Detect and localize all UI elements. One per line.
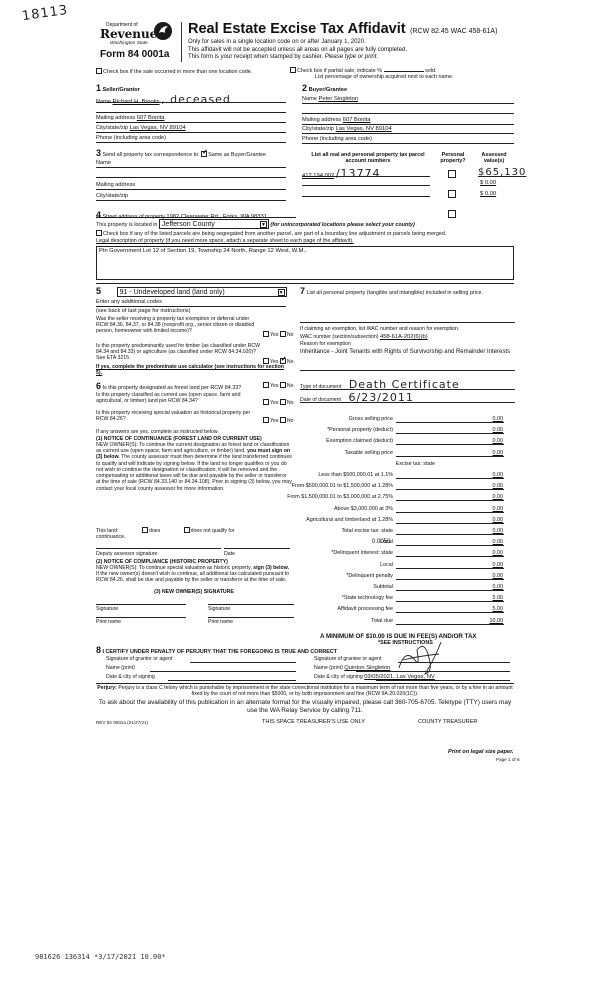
- document-date-field[interactable]: Date of document 6/23/2011: [300, 391, 515, 403]
- tax-row: Agricultural and timberland at 1.28%0.00: [300, 517, 505, 525]
- correspondence-city-field[interactable]: City/state/zip: [96, 193, 286, 201]
- current-use-no-checkbox[interactable]: [280, 399, 286, 405]
- tax-row-line: [396, 534, 504, 535]
- tax-row-value[interactable]: 0.00: [493, 483, 504, 489]
- personal-property-checkbox[interactable]: [448, 170, 456, 178]
- multi-location-checkbox[interactable]: [96, 68, 102, 74]
- correspondence-name-field[interactable]: Name: [96, 160, 286, 168]
- land-use-select[interactable]: 91 - Undeveloped land (land only) ▼: [117, 287, 287, 297]
- local-rate: 0.0050: [372, 539, 390, 546]
- footer-divider: [96, 683, 514, 684]
- forest-land-question: 6 Is this property designated as forest …: [96, 381, 241, 392]
- certify-statement: 8 I CERTIFY UNDER PENALTY OF PERJURY THA…: [96, 645, 337, 656]
- header-note-2: This affidavit will not be accepted unle…: [188, 47, 548, 54]
- form-title-block: Real Estate Excise Tax Affidavit (RCW 82…: [188, 21, 548, 61]
- tax-row-label: Local: [380, 562, 393, 568]
- partial-sale-checkbox[interactable]: [290, 67, 296, 73]
- additional-codes-note: (see back of last page for instructions): [96, 308, 191, 315]
- legal-description-textarea[interactable]: Ptn Government Lot 12 of Section 19, Tow…: [96, 246, 514, 280]
- exemption-reason-line: [300, 370, 515, 371]
- grantor-signature-field[interactable]: Signature of grantor or agent: [106, 656, 172, 662]
- tax-row: Total excise tax: state0.00: [300, 528, 505, 536]
- section-5-number: 5: [96, 286, 101, 296]
- exemption-no-checkbox[interactable]: [280, 331, 286, 337]
- tax-row-value[interactable]: 0.00: [493, 438, 504, 444]
- segregated-checkbox-row[interactable]: Check box if any of the listed parcels a…: [96, 230, 446, 237]
- chevron-down-icon[interactable]: ▼: [260, 221, 267, 228]
- tax-row-line: [396, 579, 504, 580]
- assessed-value[interactable]: $65,130: [478, 167, 526, 179]
- header-note-1: Only for sales in a single location code…: [188, 39, 548, 46]
- tax-row-value[interactable]: 0.00: [493, 550, 504, 556]
- tax-row: From $1,500,000.01 to $3,000,000 at 2.75…: [300, 494, 505, 502]
- tax-row-value[interactable]: 0.00: [493, 450, 504, 456]
- tax-row: Local0.00: [300, 539, 505, 547]
- county-label: This property is located in: [96, 222, 157, 228]
- exemption-reason-value[interactable]: Inheritance - Joint Tenants with Rights …: [300, 348, 515, 357]
- tax-row-label: Taxable selling price: [344, 450, 393, 456]
- forest-yes-no: Yes No: [263, 382, 294, 389]
- correspondence-name-line-2[interactable]: [96, 177, 286, 178]
- same-as-buyer-label: Same as Buyer/Grantee: [208, 152, 266, 158]
- tax-row-label: Excise tax: state: [396, 461, 435, 467]
- additional-codes-field[interactable]: Enter any additional codes: [96, 299, 286, 307]
- grantor-date-line[interactable]: [168, 680, 296, 681]
- tax-row: *State technology fee5.00: [300, 595, 505, 603]
- new-owner-print-1[interactable]: [96, 617, 186, 618]
- tax-row-label: Total due: [371, 618, 393, 624]
- seller-city-value: Las Vegas, NV 89104: [130, 125, 186, 131]
- tax-row-line: [396, 478, 504, 479]
- section-2-title: Buyer/Grantee: [309, 87, 348, 93]
- section-1-number: 1: [96, 83, 101, 93]
- revenue-swirl-icon: [153, 20, 173, 42]
- print-name-label-1: Print name: [96, 619, 121, 625]
- notice-1-body: NEW OWNER(S): To continue the current de…: [96, 442, 292, 492]
- tax-row-line: [396, 444, 504, 445]
- new-owner-signature-2[interactable]: [208, 604, 294, 605]
- multi-location-checkbox-row[interactable]: Check box if the sale occurred in more t…: [96, 68, 252, 75]
- tax-row-label: Gross selling price: [349, 416, 393, 422]
- tax-row: Total due10.00: [300, 618, 505, 626]
- grantor-signature-line[interactable]: [190, 662, 296, 663]
- personal-property-checkbox[interactable]: [448, 190, 456, 198]
- tax-row-label: Less than $500,000.01 at 1.1%: [318, 472, 393, 478]
- tax-row-line: [396, 433, 504, 434]
- correspondence-mailing-label: Mailing address: [96, 182, 135, 188]
- wac-value: 458-61A-202(6)(b): [380, 334, 428, 340]
- notice-3-title: (3) NEW OWNER(S) SIGNATURE: [96, 589, 292, 595]
- historic-no-checkbox[interactable]: [280, 417, 286, 423]
- notice-2-body: NEW OWNER(S): To continue special valuat…: [96, 565, 292, 584]
- seller-city-field[interactable]: City/state/zip Las Vegas, NV 89104: [96, 125, 286, 133]
- tax-row: *Delinquent interest: state0.00: [300, 550, 505, 558]
- tax-row-value[interactable]: 0.00: [493, 528, 504, 534]
- form-rcw: (RCW 82.45 WAC 458-61A): [410, 28, 497, 35]
- new-owner-signature-1[interactable]: [96, 604, 186, 605]
- buyer-city-value: Las Vegas, NV 89104: [336, 126, 392, 132]
- tax-row-line: [396, 545, 504, 546]
- exemption-reason-label: Reason for exemption: [300, 341, 351, 347]
- seller-city-label: City/state/zip: [96, 125, 128, 131]
- tax-row-value[interactable]: 5.00: [493, 606, 504, 612]
- deputy-date-label: Date: [224, 551, 235, 557]
- tax-row-line: [396, 601, 504, 602]
- ownership-note: List percentage of ownership acquired ne…: [315, 74, 453, 80]
- tax-row-label: Exemption claimed (deduct): [326, 438, 393, 444]
- county-row: This property is located in Jefferson Co…: [96, 219, 415, 229]
- timber-note: If yes, complete the predominate use cal…: [96, 364, 286, 376]
- tax-row: Affidavit processing fee5.00: [300, 606, 505, 614]
- form-number: Form 84 0001a: [100, 49, 170, 61]
- section-8-number: 8: [96, 645, 101, 655]
- buyer-name-value: Peter Singleton: [318, 96, 358, 102]
- tax-row-label: Total excise tax: state: [341, 528, 393, 534]
- county-treasurer: COUNTY TREASURER: [418, 719, 477, 726]
- correspondence-city-label: City/state/zip: [96, 193, 128, 199]
- tax-row-value[interactable]: 0.00: [493, 517, 504, 523]
- current-use-question: Is this property classified as current u…: [96, 392, 261, 404]
- seller-name-handwritten: , deceased: [161, 93, 231, 106]
- grantee-name-line: [356, 671, 510, 672]
- section6-instruct: If any answers are yes, complete as inst…: [96, 429, 219, 435]
- tax-row-line: [396, 523, 504, 524]
- buyer-heading: 2 Buyer/Grantee: [302, 83, 347, 94]
- tax-row: Less than $500,000.01 at 1.1%0.00: [300, 472, 505, 480]
- exemption-yes-no: Yes No: [263, 331, 294, 338]
- current-use-yes-checkbox[interactable]: [263, 399, 269, 405]
- section-5-row: 5 91 - Undeveloped land (land only) ▼: [96, 286, 287, 297]
- historic-yes-no: Yes No: [263, 417, 294, 424]
- grantor-name-field[interactable]: Name (print): [106, 665, 135, 671]
- tax-row: From $500,000.01 to $1,500,000 at 1.28%0…: [300, 483, 505, 491]
- correspondence-name-label: Name: [96, 160, 111, 166]
- seller-name-line-2[interactable]: [96, 112, 286, 113]
- segregated-checkbox[interactable]: [96, 230, 102, 236]
- seller-mailing-field[interactable]: Mailing address 607 Bonita: [96, 115, 286, 123]
- does-checkbox[interactable]: [142, 527, 148, 533]
- tax-row-value[interactable]: 0.00: [493, 506, 504, 512]
- tax-row: *Personal property (deduct)0.00: [300, 427, 505, 435]
- buyer-phone-field[interactable]: Phone (including area code): [302, 136, 514, 144]
- same-as-buyer-checkbox[interactable]: [201, 151, 207, 157]
- county-select[interactable]: Jefferson County ▼: [159, 219, 269, 229]
- tax-row: Above $3,000,000 at 3%0.00: [300, 506, 505, 514]
- dept-line2: Revenue: [100, 27, 157, 41]
- segregated-label: Check box if any of the listed parcels a…: [103, 231, 446, 237]
- grantee-signature-scribble: [395, 638, 445, 678]
- header-note-3: This form is your receipt when stamped b…: [188, 54, 548, 61]
- parcel-row: 412 194 002 /13774 $65,130: [0, 0, 600, 10]
- tax-row-line: [396, 500, 504, 501]
- tax-row: Excise tax: state: [300, 461, 505, 469]
- print-name-label-2: Print name: [208, 619, 233, 625]
- section-3-number: 3: [96, 148, 101, 158]
- assessed-value[interactable]: $ 0.00: [480, 180, 496, 187]
- parcel-number-value: 412 194 002: [302, 173, 334, 179]
- land-use-value: 91 - Undeveloped land (land only): [120, 289, 225, 296]
- partial-sale-percent-field[interactable]: [384, 66, 424, 72]
- grantee-date-line: [376, 680, 510, 681]
- timber-question: Is this property predominantly used for …: [96, 343, 261, 362]
- exemption-question: Was the seller receiving a property tax …: [96, 316, 261, 335]
- tax-row-value[interactable]: 0.00: [493, 416, 504, 422]
- buyer-city-field[interactable]: City/state/zip Las Vegas, NV 89104: [302, 126, 514, 134]
- tax-row-value[interactable]: 5.00: [493, 595, 504, 601]
- perjury-note: Perjury: Perjury is a class C felony whi…: [96, 685, 514, 697]
- tax-row-label: Subtotal: [373, 584, 393, 590]
- forest-no-checkbox[interactable]: [280, 382, 286, 388]
- does-not-checkbox[interactable]: [184, 527, 190, 533]
- section-7-number: 7: [300, 286, 305, 296]
- county-value: Jefferson County: [162, 221, 215, 228]
- print-legal-note: Print on legal size paper.: [448, 749, 514, 756]
- seller-name-label: Name: [96, 99, 111, 105]
- assessed-col-header: Assessed value(s): [474, 152, 514, 165]
- buyer-mailing-label: Mailing address: [302, 117, 341, 123]
- revision-number: REV 84 0001a (01/27/21): [96, 720, 148, 726]
- seller-phone-field[interactable]: Phone (including area code): [96, 135, 286, 143]
- tax-row-line: [396, 568, 504, 569]
- historic-yes-checkbox[interactable]: [263, 417, 269, 423]
- tax-row: Exemption claimed (deduct)0.00: [300, 438, 505, 446]
- seller-mailing-value: 607 Bonita: [137, 115, 165, 121]
- recording-stamp: 981626 136314 *3/17/2021 10.00*: [35, 953, 166, 961]
- buyer-mailing-field[interactable]: Mailing address 607 Bonita: [302, 117, 514, 125]
- signature-label-1: Signature: [96, 606, 118, 612]
- accessibility-note: To ask about the availability of this pu…: [96, 699, 514, 714]
- tax-row-label: From $500,000.01 to $1,500,000 at 1.28%: [292, 483, 393, 489]
- parcel-row: $ 0.00: [0, 10, 600, 20]
- tax-row-value[interactable]: 0.00: [493, 494, 504, 500]
- section-6-number: 6: [96, 381, 101, 391]
- tax-row-label: *Delinquent penalty: [346, 573, 393, 579]
- grantee-signature-field[interactable]: Signature of grantee or agent: [314, 656, 382, 662]
- tax-row-line: [396, 422, 504, 423]
- document-date-label: Date of document: [300, 397, 341, 403]
- tax-row-line: [396, 456, 504, 457]
- seller-mailing-label: Mailing address: [96, 115, 135, 121]
- new-owner-print-2[interactable]: [208, 617, 294, 618]
- historic-question: Is this property receiving special valua…: [96, 410, 261, 422]
- buyer-name-label: Name: [302, 96, 317, 102]
- parcel-number-field[interactable]: [302, 196, 430, 197]
- tax-row: Local0.00: [300, 562, 505, 570]
- chevron-down-icon[interactable]: ▼: [278, 289, 285, 296]
- correspondence-heading: 3 Send all property tax correspondence t…: [96, 148, 266, 159]
- tax-row-value[interactable]: 0.00: [493, 584, 504, 590]
- buyer-phone-label: Phone (including area code): [302, 136, 372, 142]
- signature-label-2: Signature: [208, 606, 230, 612]
- dept-line3: Washington State: [110, 41, 148, 47]
- tax-row-label: From $1,500,000.01 to $3,000,000 at 2.75…: [287, 494, 393, 500]
- buyer-mailing-value: 607 Bonita: [343, 117, 371, 123]
- form-title: Real Estate Excise Tax Affidavit: [188, 21, 406, 37]
- tax-row-line: [396, 612, 504, 613]
- grantor-date-field[interactable]: Date & city of signing: [106, 674, 155, 680]
- header-divider: [181, 22, 182, 62]
- street-address-field[interactable]: 4 Street address of property 1982 Clearw…: [96, 210, 296, 218]
- tax-row-line: [396, 489, 504, 490]
- dor-logo: Department of Revenue Washington State F…: [98, 20, 180, 62]
- page-number: Page 1 of 6: [496, 757, 520, 763]
- wac-number-field[interactable]: WAC number (section/subsection) 458-61A-…: [300, 334, 428, 341]
- deputy-signature-line[interactable]: [96, 548, 221, 549]
- tax-row-label: *State technology fee: [342, 595, 393, 601]
- tax-row-value[interactable]: 10.00: [490, 618, 504, 624]
- tax-row: Subtotal0.00: [300, 584, 505, 592]
- document-type-field[interactable]: Type of document Death Certificate: [300, 378, 515, 390]
- forest-yes-checkbox[interactable]: [263, 382, 269, 388]
- personal-property-checkbox[interactable]: [448, 210, 456, 218]
- parcel-col-header: List all real and personal property tax …: [306, 152, 430, 165]
- multi-location-label: Check box if the sale occurred in more t…: [103, 69, 252, 75]
- parcel-number-field[interactable]: 412 194 002 /13774: [302, 167, 430, 177]
- tax-row-value[interactable]: 0.00: [493, 427, 504, 433]
- tax-row-value[interactable]: 0.00: [493, 573, 504, 579]
- tax-row-label: Above $3,000,000 at 3%: [334, 506, 393, 512]
- exemption-claim-label: If claiming an exemption, list WAC numbe…: [300, 326, 459, 332]
- tax-row-value[interactable]: 0.00: [493, 562, 504, 568]
- exemption-yes-checkbox[interactable]: [263, 331, 269, 337]
- seller-phone-label: Phone (including area code): [96, 135, 166, 141]
- tax-row-label: *Personal property (deduct): [327, 427, 393, 433]
- document-date-value: 6/23/2011: [349, 391, 414, 404]
- tax-row: Gross selling price0.00: [300, 416, 505, 424]
- current-use-yes-no: Yes No: [263, 399, 294, 406]
- tax-row: *Delinquent penalty0.00: [300, 573, 505, 581]
- personal-col-header: Personal property?: [438, 152, 468, 165]
- tax-row-label: *Delinquent interest: state: [331, 550, 393, 556]
- continuance-label: continuance.: [96, 534, 125, 540]
- deputy-label: Deputy assessor signature: [96, 551, 157, 557]
- buyer-city-label: City/state/zip: [302, 126, 334, 132]
- tax-row-value[interactable]: 0.00: [493, 472, 504, 478]
- tax-row-value[interactable]: 0.00: [493, 539, 504, 545]
- legal-description-label: Legal description of property (if you ne…: [96, 238, 354, 244]
- section-divider: [96, 283, 514, 284]
- tax-row-label: Affidavit processing fee: [337, 606, 393, 612]
- tax-row-line: [396, 556, 504, 557]
- grantor-name-line[interactable]: [150, 671, 296, 672]
- buyer-name-field[interactable]: Name Peter Singleton: [302, 96, 514, 104]
- tax-row-line: [396, 590, 504, 591]
- section-7-label: 7 List all personal property (tangible a…: [300, 286, 515, 297]
- tax-row-line: [396, 624, 504, 625]
- parcel-number-field[interactable]: [302, 185, 430, 186]
- additional-codes-label: Enter any additional codes: [96, 299, 162, 305]
- document-type-label: Type of document: [300, 384, 341, 390]
- wac-label: WAC number (section/subsection): [300, 334, 379, 340]
- deputy-date-line[interactable]: [224, 548, 290, 549]
- correspondence-label: Send all property tax correspondence to:: [103, 152, 200, 158]
- seller-name-field[interactable]: Name Richard H. Brooks , deceased: [96, 93, 286, 103]
- tax-row: Taxable selling price0.00: [300, 450, 505, 458]
- document-type-value: Death Certificate: [349, 378, 460, 391]
- parcel-number-handwritten: /13774: [336, 167, 381, 180]
- assessed-value[interactable]: $ 0.00: [480, 191, 496, 198]
- buyer-name-line-2[interactable]: [302, 113, 514, 114]
- correspondence-mailing-field[interactable]: Mailing address: [96, 182, 286, 190]
- county-note: (for unincorporated locations please sel…: [270, 222, 414, 228]
- treasurer-space: THIS SPACE TREASURER'S USE ONLY: [262, 719, 365, 726]
- tax-row-label: Agricultural and timberland at 1.28%: [306, 517, 393, 523]
- section-2-number: 2: [302, 83, 307, 93]
- seller-name-value: Richard H. Brooks: [112, 99, 159, 105]
- tax-row-line: [396, 512, 504, 513]
- personal-property-field[interactable]: [300, 322, 515, 323]
